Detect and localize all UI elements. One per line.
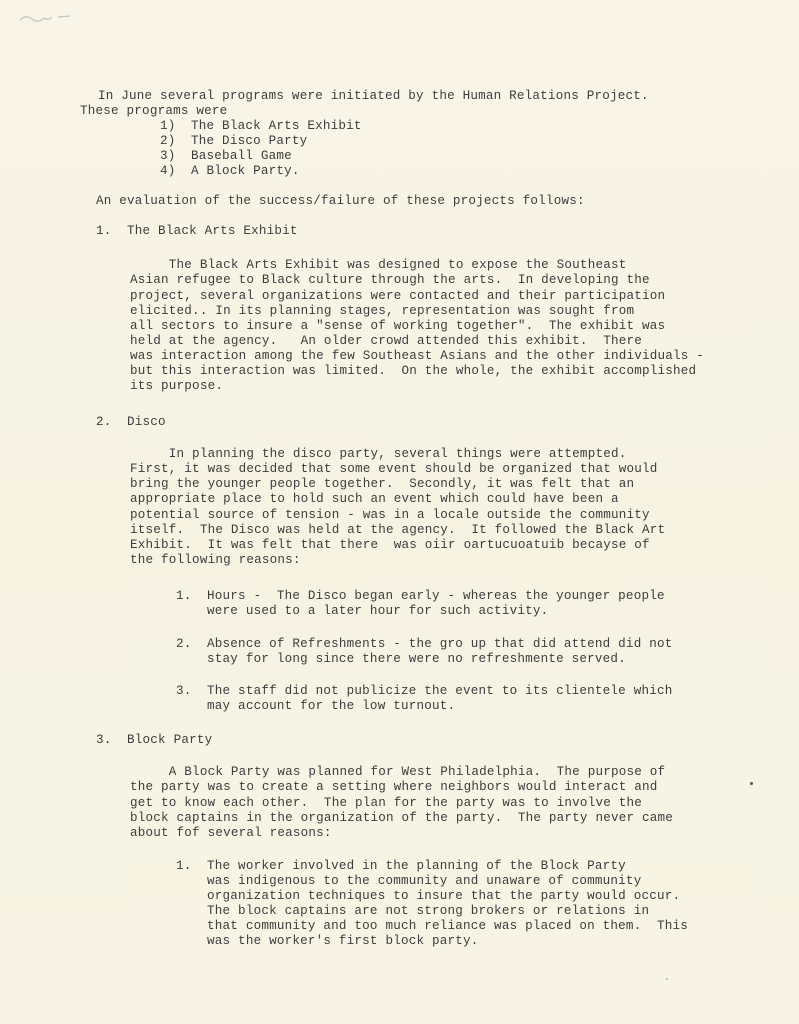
evaluation-intro: An evaluation of the success/failure of … [96, 194, 585, 209]
paragraph-line: the party was to create a setting where … [130, 780, 658, 795]
paragraph-line: itself. The Disco was held at the agency… [130, 523, 665, 538]
reason-item: may account for the low turnout. [176, 699, 455, 714]
paragraph-line: about fof several reasons: [130, 826, 332, 841]
section-heading: 3. Block Party [96, 733, 212, 748]
paragraph-line: Asian refugee to Black culture through t… [130, 273, 650, 288]
paragraph-line: elicited.. In its planning stages, repre… [130, 304, 634, 319]
paragraph-line: potential source of tension - was in a l… [130, 508, 650, 523]
program-list-item: 2) The Disco Party [160, 134, 307, 149]
reason-item: The block captains are not strong broker… [176, 904, 649, 919]
paragraph-line: project, several organizations were cont… [130, 289, 665, 304]
paragraph-line: block captains in the organization of th… [130, 811, 673, 826]
reason-item: was the worker's first block party. [176, 934, 479, 949]
paragraph-line: get to know each other. The plan for the… [130, 796, 642, 811]
program-list-item: 3) Baseball Game [160, 149, 292, 164]
paper-speck [750, 782, 753, 785]
reason-item: organization techniques to insure that t… [176, 889, 680, 904]
paragraph-line: appropriate place to hold such an event … [130, 492, 619, 507]
program-list-item: 4) A Block Party. [160, 164, 300, 179]
paragraph-line: but this interaction was limited. On the… [130, 364, 696, 379]
typewritten-page: In June several programs were initiated … [0, 0, 799, 1024]
intro-line: These programs were [80, 104, 227, 119]
paragraph-line: all sectors to insure a "sense of workin… [130, 319, 665, 334]
paper-speck [666, 978, 668, 980]
reason-item: 1. Hours - The Disco began early - where… [176, 589, 665, 604]
paragraph-line: First, it was decided that some event sh… [130, 462, 658, 477]
reason-item: 3. The staff did not publicize the event… [176, 684, 672, 699]
reason-item: that community and too much reliance was… [176, 919, 688, 934]
paragraph-line: In planning the disco party, several thi… [130, 447, 626, 462]
section-heading: 1. The Black Arts Exhibit [96, 224, 298, 239]
intro-line: In June several programs were initiated … [98, 89, 649, 104]
paragraph-line: was interaction among the few Southeast … [130, 349, 704, 364]
paragraph-line: Exhibit. It was felt that there was oiir… [130, 538, 650, 553]
paragraph-line: bring the younger people together. Secon… [130, 477, 634, 492]
paragraph-line: held at the agency. An older crowd atten… [130, 334, 642, 349]
reason-item: 2. Absence of Refreshments - the gro up … [176, 637, 672, 652]
paragraph-line: the following reasons: [130, 553, 301, 568]
reason-item: was indigenous to the community and unaw… [176, 874, 641, 889]
paragraph-line: its purpose. [130, 379, 223, 394]
section-heading: 2. Disco [96, 415, 166, 430]
paragraph-line: A Block Party was planned for West Phila… [130, 765, 665, 780]
paragraph-line: The Black Arts Exhibit was designed to e… [130, 258, 626, 273]
reason-item: stay for long since there were no refres… [176, 652, 626, 667]
ink-smudge-mark [18, 12, 73, 26]
program-list-item: 1) The Black Arts Exhibit [160, 119, 362, 134]
reason-item: 1. The worker involved in the planning o… [176, 859, 626, 874]
reason-item: were used to a later hour for such activ… [176, 604, 548, 619]
